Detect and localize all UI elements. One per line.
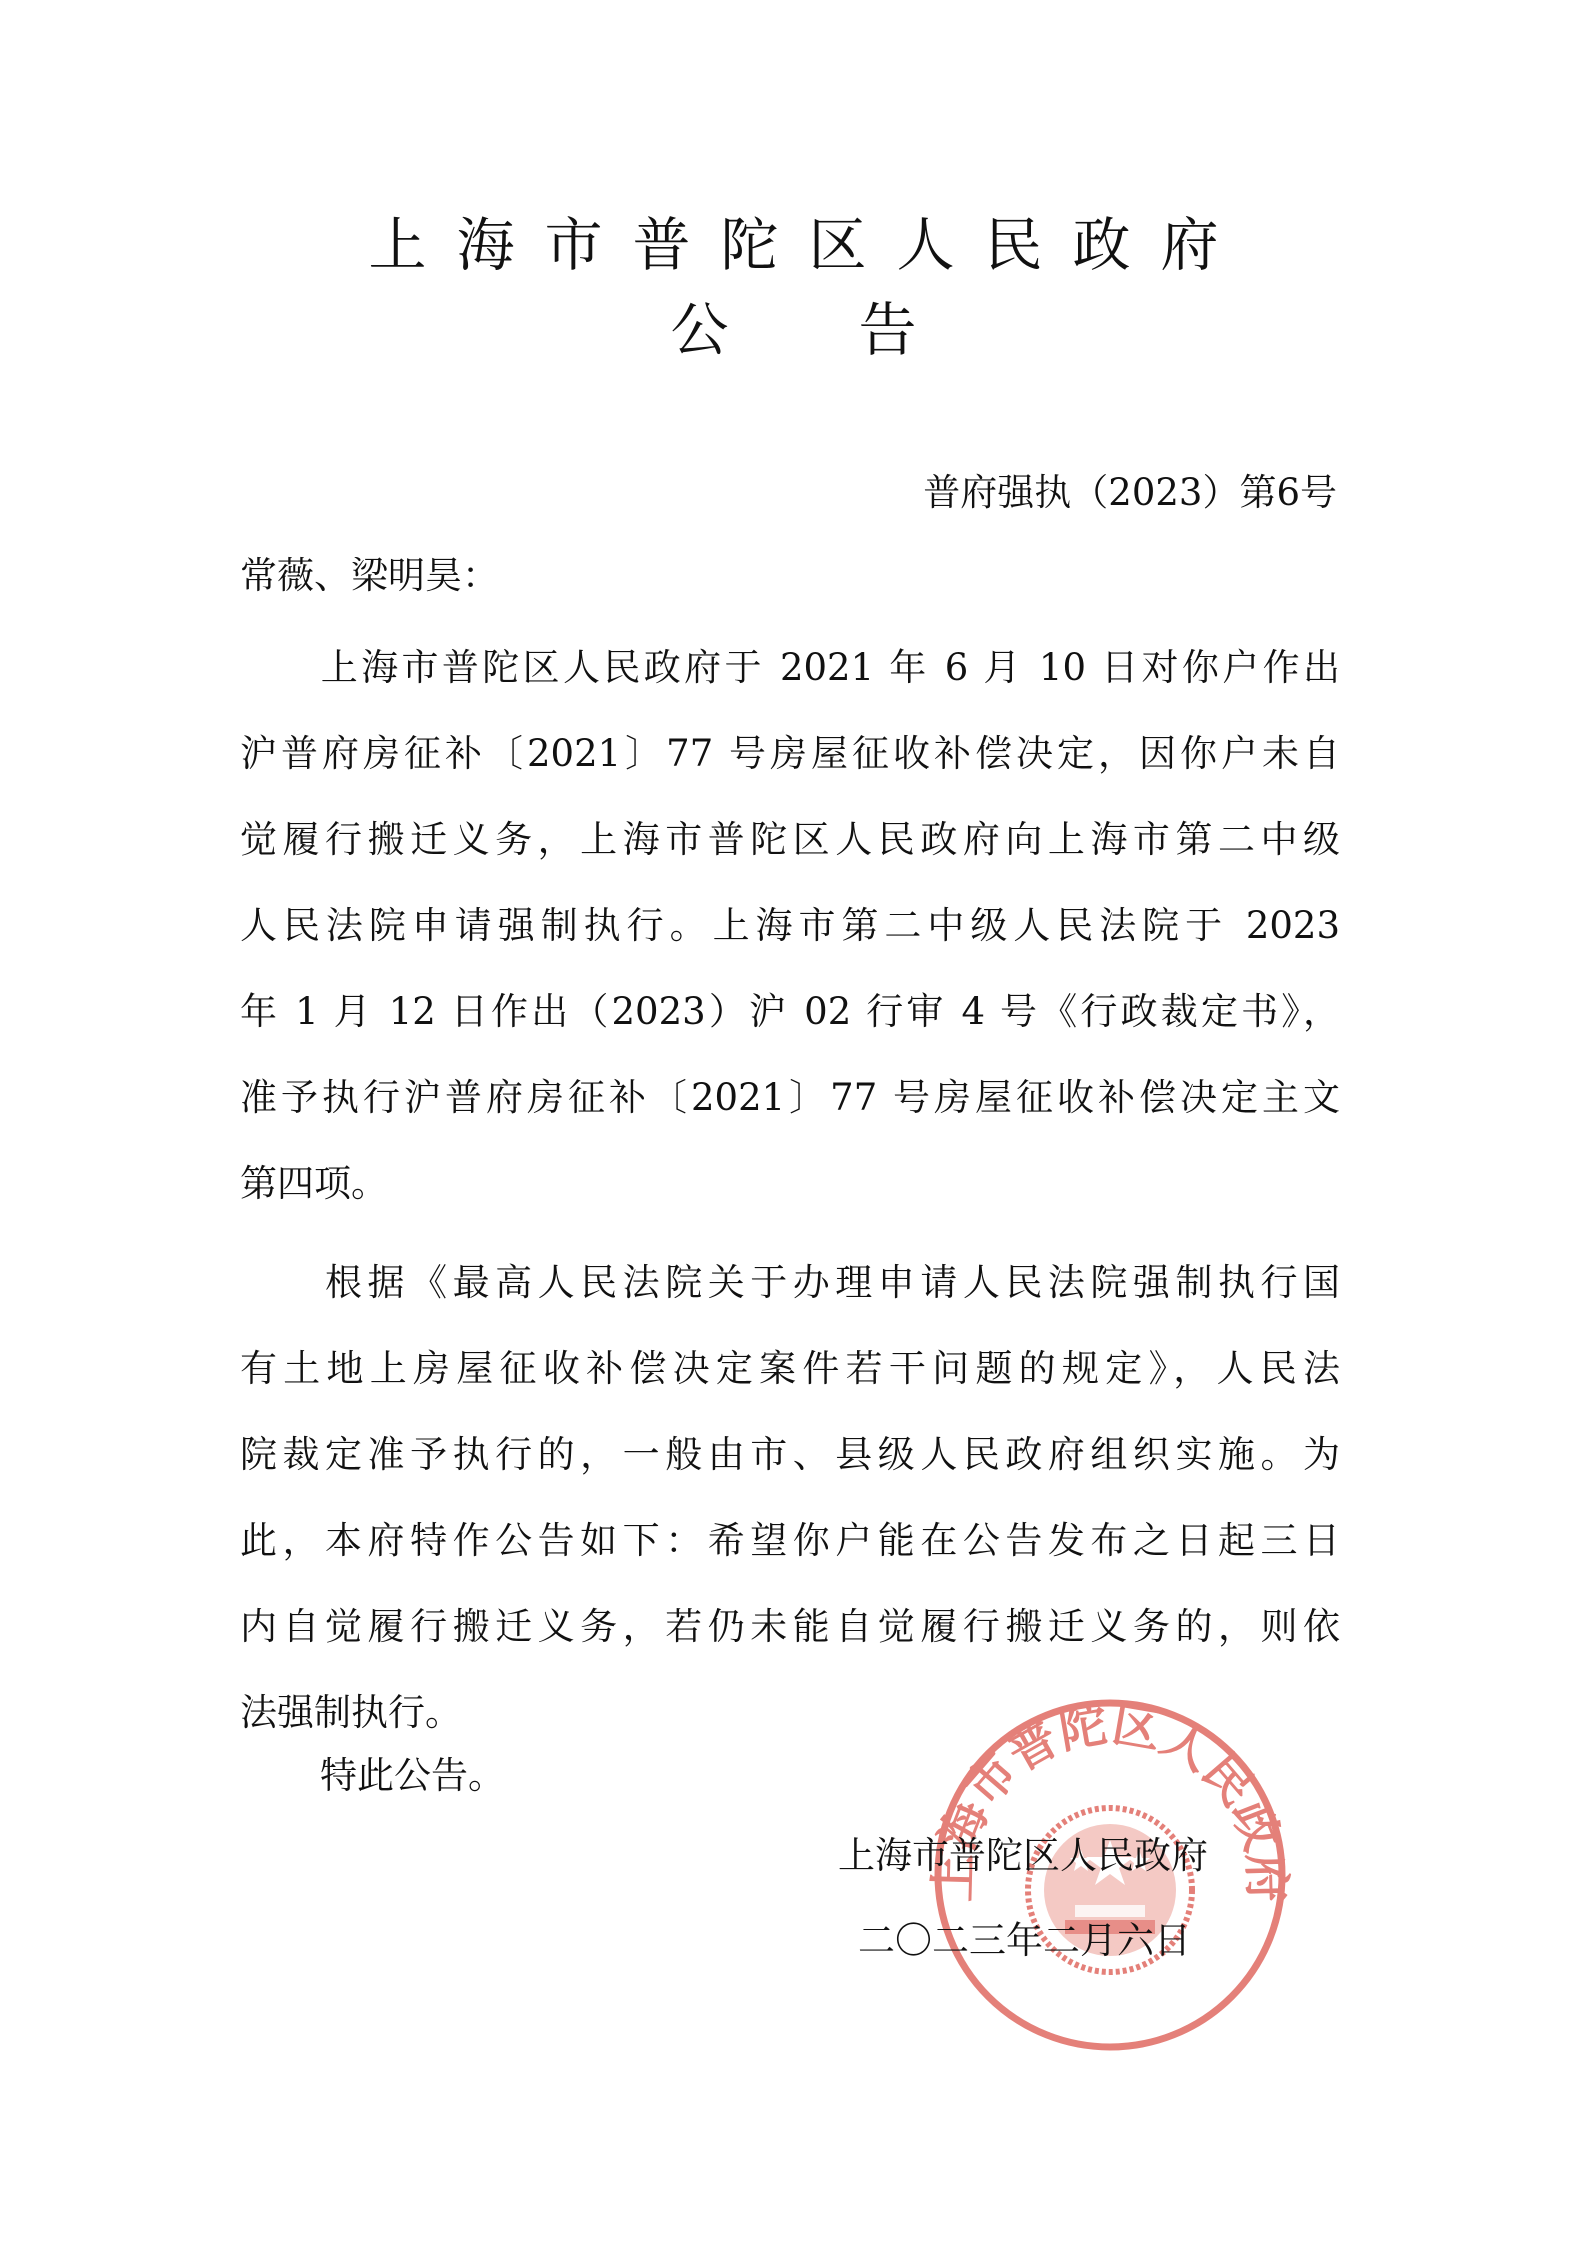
issuer-title: 上海市普陀区人民政府 <box>0 198 1587 282</box>
paragraph-line: 人民法院申请强制执行。上海市第二中级人民法院于 2023 <box>240 883 1340 969</box>
body-paragraph-2: 根据《最高人民法院关于办理申请人民法院强制执行国 有土地上房屋征收补偿决定案件若… <box>240 1240 1340 1756</box>
paragraph-line: 觉履行搬迁义务，上海市普陀区人民政府向上海市第二中级 <box>240 797 1340 883</box>
paragraph-line: 有土地上房屋征收补偿决定案件若干问题的规定》，人民法 <box>240 1326 1340 1412</box>
closing-statement: 特此公告。 <box>320 1745 505 1799</box>
paragraph-line: 内自觉履行搬迁义务，若仍未能自觉履行搬迁义务的，则依 <box>240 1584 1340 1670</box>
paragraph-line: 院裁定准予执行的，一般由市、县级人民政府组织实施。为 <box>240 1412 1340 1498</box>
paragraph-line: 年 1 月 12 日作出（2023）沪 02 行审 4 号《行政裁定书》， <box>240 969 1340 1055</box>
paragraph-line: 准予执行沪普府房征补〔2021〕77 号房屋征收补偿决定主文 <box>240 1055 1340 1141</box>
paragraph-line: 此，本府特作公告如下：希望你户能在公告发布之日起三日 <box>240 1498 1340 1584</box>
signature-date: 二〇二三年二月六日 <box>858 1910 1191 1964</box>
paragraph-line: 上海市普陀区人民政府于 2021 年 6 月 10 日对你户作出 <box>240 625 1340 711</box>
document-type-title: 公告 <box>0 283 1587 367</box>
paragraph-line: 沪普府房征补〔2021〕77 号房屋征收补偿决定，因你户未自 <box>240 711 1340 797</box>
body-paragraph-1: 上海市普陀区人民政府于 2021 年 6 月 10 日对你户作出 沪普府房征补〔… <box>240 625 1340 1227</box>
signature-organization: 上海市普陀区人民政府 <box>838 1825 1208 1879</box>
paragraph-line: 根据《最高人民法院关于办理申请人民法院强制执行国 <box>240 1240 1340 1326</box>
document-number: 普府强执（2023）第6号 <box>923 462 1337 516</box>
addressee: 常薇、梁明昊： <box>240 545 499 599</box>
paragraph-line: 第四项。 <box>240 1141 1340 1227</box>
